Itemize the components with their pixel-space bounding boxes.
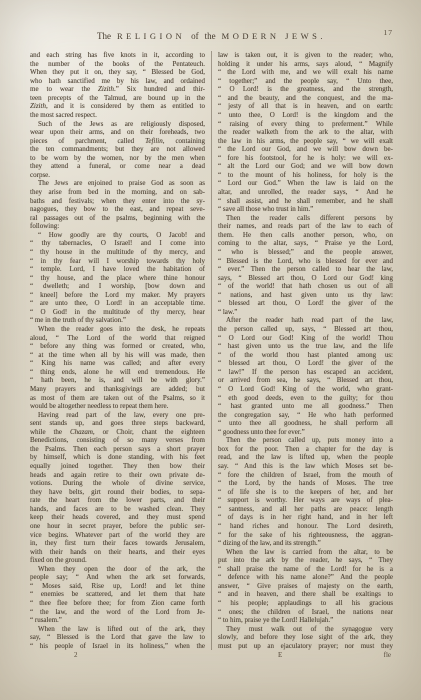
text-line: keep their heads covered, and they must …: [30, 513, 205, 522]
text-line: “ O Lord God! King of the world, who gra…: [218, 385, 393, 394]
text-line: “ ones; the children of Israel, the nati…: [218, 608, 393, 617]
text-line: “ the Lord our God, and we will bow down…: [218, 145, 393, 154]
text-line: say. “ And this is the law which Moses s…: [218, 462, 393, 471]
text-line: “ are unto thee, O Lord! in an acceptabl…: [30, 299, 205, 308]
text-line: read, and the law is lifted up, when the…: [218, 453, 393, 462]
text-line: “ in thy fear will I worship towards thy…: [30, 257, 205, 266]
text-line: When the law is lifted out of the ark, t…: [30, 625, 205, 634]
text-line: or arrived from sea, he says, “ Blessed …: [218, 376, 393, 385]
text-line: answer, “ Give praises of majesty on the…: [218, 582, 393, 591]
text-line: put into the ark by the reader, he says,…: [218, 556, 393, 565]
text-line: vice begins. Whatever part of the world …: [30, 531, 205, 540]
text-line: “ fore his footstool, for he is holy: we…: [218, 154, 393, 163]
text-line: wear upon their arms, and on their foreh…: [30, 128, 205, 137]
text-line: them. He then calls another person, who,…: [218, 231, 393, 240]
text-line: the ten commandments; but they are not a…: [30, 145, 205, 154]
text-line: altar, and unrolled, the reader says, “ …: [218, 188, 393, 197]
text-line: rate the heart from the lower parts, and…: [30, 496, 205, 505]
text-line: “ to him, praise ye the Lord! Hallelujah…: [218, 616, 393, 625]
text-line: one hour in secret prayer, before the pu…: [30, 522, 205, 531]
text-line: “ of the world thou hast planted among u…: [218, 351, 393, 360]
text-line: “ thy tabernacles, O Israel! and I come …: [30, 239, 205, 248]
text-line: “ thing ends, alone he will end tremendo…: [30, 368, 205, 377]
text-line: “ together;” and the people say, “ Unto …: [218, 77, 393, 86]
text-line: while the Chazam, or Choir, chant the ei…: [30, 428, 205, 437]
text-line: must put up an ejaculatory prayer; nor m…: [218, 642, 393, 651]
text-line: Then the reader calls different persons …: [218, 214, 393, 223]
text-line: nagogues, they bow to the east, and repe…: [30, 205, 205, 214]
text-line: the Psalms. Then each person says a shor…: [30, 445, 205, 454]
page-header: TheRELIGIONoftheMODERN JEWS. 17: [30, 26, 393, 40]
text-line: “ shall assist, and he shall remember, a…: [218, 197, 393, 206]
header-title-part: The: [97, 31, 111, 41]
text-line: “ Moses said, Rise up, Lord! and let thi…: [30, 582, 205, 591]
text-line: “ How goodly are thy courts, O Jacob! an…: [30, 231, 205, 240]
text-line: Many prayers and thanksgivings are added…: [30, 385, 205, 394]
text-line: “ his people; applaudings to all his gra…: [218, 599, 393, 608]
text-line: “ O Lord! is the greatness, and the stre…: [218, 85, 393, 94]
text-line: “ and the beauty, and the conquest, and …: [218, 94, 393, 103]
catchword: fle: [384, 651, 391, 659]
text-line: “ fore the children of Israel, from the …: [218, 471, 393, 480]
text-line: by himself, which is done standing, with…: [30, 453, 205, 462]
text-line: “ santness, and all her paths are peace:…: [218, 505, 393, 514]
text-line: “ nations, and hast given unto us thy la…: [218, 291, 393, 300]
text-columns: and each string has five knots in it, ac…: [30, 51, 393, 650]
text-line: law is taken out, it is given to the rea…: [218, 51, 393, 60]
text-line: “ rusalem.”: [30, 616, 205, 625]
text-line: “ thee flee before thee; for from Zion c…: [30, 599, 205, 608]
page-footer: 2 E fle: [30, 651, 393, 661]
text-line: “ blessed art thou, O Lord! the giver of…: [218, 299, 393, 308]
text-line: they attend a funeral, or come near a de…: [30, 162, 205, 171]
text-line: “ the law, and the word of the Lord from…: [30, 608, 205, 617]
signature-mark: E: [278, 651, 282, 659]
text-line: hands, and faces are to be washed clean.…: [30, 505, 205, 514]
text-line: they arise from bed in the morning, and …: [30, 188, 205, 197]
text-line: “ alt the Lord our God; and we will bow …: [218, 162, 393, 171]
text-line: Such of the Jews as are religiously disp…: [30, 120, 205, 129]
header-title-part: MODERN JEWS.: [222, 31, 326, 41]
text-line: me to wear the Zizith.” Six hundred and …: [30, 85, 205, 94]
text-line: who hath sanctified me by his law, and o…: [30, 77, 205, 86]
text-line: “ dwelleth; and I worship, [bow down and: [30, 282, 205, 291]
text-line: “ blessed art thou, O Lord! the giver of…: [218, 359, 393, 368]
header-title-part: of: [191, 31, 199, 41]
text-line: “ who is blessed;” and the people answer…: [218, 248, 393, 257]
text-line: When the law is carried from the altar, …: [218, 548, 393, 557]
text-line: “ thy house in the multitude of thy merc…: [30, 248, 205, 257]
text-line: “ his people of Israel in its holiness,”…: [30, 642, 205, 651]
text-line: “ of life she is to the keepers of her, …: [218, 488, 393, 497]
text-line: coming to the altar, says, “ Praise ye t…: [218, 239, 393, 248]
text-line: “ jesty of all that is in heaven, and on…: [218, 102, 393, 111]
text-line: Then the person called up, puts money in…: [218, 436, 393, 445]
text-line: “ King his name was called; and after ev…: [30, 359, 205, 368]
text-line: corpse.: [30, 171, 205, 180]
text-line: votions. During the whole of divine serv…: [30, 479, 205, 488]
text-line: “ raising of every thing to preferment.”…: [218, 120, 393, 129]
text-line: the number of the books of the Pentateuc…: [30, 60, 205, 69]
text-line: After the reader hath read part of the l…: [218, 316, 393, 325]
text-line: “ kneel] before the Lord my maker. My pr…: [30, 291, 205, 300]
text-line: Having read part of the law, every one p…: [30, 411, 205, 420]
text-line: following:: [30, 222, 205, 231]
text-line: holding it under his arms, says aloud, “…: [218, 60, 393, 69]
text-line: as most of them are taken out of the Psa…: [30, 394, 205, 403]
text-line: “ shall praise the name of the Lord! for…: [218, 565, 393, 574]
text-line: the congregation say, “ He who hath perf…: [218, 411, 393, 420]
header-title-part: RELIGION: [117, 31, 185, 41]
text-line: “ hath been, he is, and will be with glo…: [30, 376, 205, 385]
text-line: “ eth good deeds, even to the guilty; fo…: [218, 394, 393, 403]
header-title-part: the: [205, 31, 216, 41]
text-line: the person called up, says, “ Blessed ar…: [218, 325, 393, 334]
text-line: “ at the time when all by his will was m…: [30, 351, 205, 360]
text-line: baths and festivals; when they enter int…: [30, 197, 205, 206]
right-column: law is taken out, it is given to the rea…: [218, 51, 393, 650]
text-line: teen precepts of the Talmud, are bound u…: [30, 94, 205, 103]
text-line: When they put it on, they say, “ Blessed…: [30, 68, 205, 77]
text-line: “ law!” If the person has escaped an acc…: [218, 368, 393, 377]
signature-mark-left: 2: [74, 651, 78, 659]
left-column: and each string has five knots in it, ac…: [30, 51, 205, 650]
text-line: “ of days is in her right hand, and in h…: [218, 513, 393, 522]
text-line: When the reader goes into the desk, he r…: [30, 325, 205, 334]
text-line: “ before any thing was formed or created…: [30, 342, 205, 351]
text-line: “ hast granted unto me all goodness.” Th…: [218, 402, 393, 411]
text-line: “ support is worthy. Her ways are ways o…: [218, 496, 393, 505]
text-line: to be worn by the women, nor by the men …: [30, 154, 205, 163]
text-line: “ for the sake of his righteousness, the…: [218, 531, 393, 540]
text-line: “ hand riches and honour. The Lord desir…: [218, 522, 393, 531]
text-line: “ Blessed is the Lord, who is blessed fo…: [218, 257, 393, 266]
text-line: and each string has five knots in it, ac…: [30, 51, 205, 60]
page-number: 17: [384, 28, 394, 37]
text-line: “ law.”: [218, 308, 393, 317]
text-line: “ thy house, and the place where thine h…: [30, 274, 205, 283]
text-line: “ Lord our God.” When the law is laid on…: [218, 179, 393, 188]
text-line: When they open the door of the ark, the: [30, 565, 205, 574]
text-line: says, “ Blessed art thou, O Lord our God…: [218, 274, 393, 283]
text-line: “ to the mount of his holiness, for holy…: [218, 171, 393, 180]
page-header-title: TheRELIGIONoftheMODERN JEWS.: [94, 26, 329, 43]
text-line: say, “ Blessed is the Lord that gave the…: [30, 633, 205, 642]
text-line: “ unto thee all goodness, he shall perfo…: [218, 419, 393, 428]
text-line: “ dizing of the law, and its strength.”: [218, 539, 393, 548]
text-line: “ of the world! that hath chosen us out …: [218, 282, 393, 291]
text-line: they have belts, girt round their bodies…: [30, 488, 205, 497]
text-line: “ me in the truth of thy salvation.”: [30, 316, 205, 325]
text-line: They must walk out of the synagogue very: [218, 625, 393, 634]
text-line: in, they first turn their faces towards …: [30, 539, 205, 548]
text-line: heads and again retire to their own priv…: [30, 471, 205, 480]
text-line: “ and in heaven, and there shall be exal…: [218, 590, 393, 599]
text-line: “ O Lord our God! King of the world! Tho…: [218, 334, 393, 343]
text-line: Zizith, and it is considered by them as …: [30, 102, 205, 111]
text-line: “ save all those who trust in him.”: [218, 205, 393, 214]
text-line: “ defence with his name alone?” And the …: [218, 573, 393, 582]
text-line: sent stands up, and goes three steps bac…: [30, 419, 205, 428]
text-line: “ O God! in the multitude of thy mercy, …: [30, 308, 205, 317]
text-line: equally joined together. They then bow t…: [30, 462, 205, 471]
text-line: ral passages out of the psalms, beginnin…: [30, 214, 205, 223]
text-line: fixed on the ground.: [30, 556, 205, 565]
text-line: with their hands on their hearts, and th…: [30, 548, 205, 557]
text-line: the most sacred respect.: [30, 111, 205, 120]
text-line: would be altogether needless to repeat t…: [30, 402, 205, 411]
text-line: box for the poor. Then a chapter for the…: [218, 445, 393, 454]
text-line: pieces of parchment, called Tefilin, con…: [30, 137, 205, 146]
text-line: “ enemies be scattered, and let them tha…: [30, 590, 205, 599]
text-line: their names, and reads part of the law t…: [218, 222, 393, 231]
text-line: “ unto thee, O Lord! is the kingdom and …: [218, 111, 393, 120]
text-line: aloud, “ The Lord of the world that reig…: [30, 334, 205, 343]
text-line: “ the Lord, by the hands of Moses. The t…: [218, 479, 393, 488]
column-divider: [211, 51, 212, 650]
text-line: “ the Lord with me, and we will exalt hi…: [218, 68, 393, 77]
text-line: The Jews are enjoined to praise God as s…: [30, 179, 205, 188]
text-line: “ hast given unto us the true law, and t…: [218, 342, 393, 351]
text-line: people say; “ And when the ark set forwa…: [30, 573, 205, 582]
text-line: Benedictions, consisting of so many vers…: [30, 436, 205, 445]
text-line: the reader walketh from the ark to the a…: [218, 128, 393, 137]
text-line: slowly, and before they lose sight of th…: [218, 633, 393, 642]
text-line: the law in his arms, the people say, “ w…: [218, 137, 393, 146]
book-page: TheRELIGIONoftheMODERN JEWS. 17 and each…: [0, 0, 421, 700]
text-line: “ ever.” Then the person called to hear …: [218, 265, 393, 274]
text-line: “ goodness unto thee for ever.”: [218, 428, 393, 437]
text-line: “ temple. Lord, I have loved the habitat…: [30, 265, 205, 274]
